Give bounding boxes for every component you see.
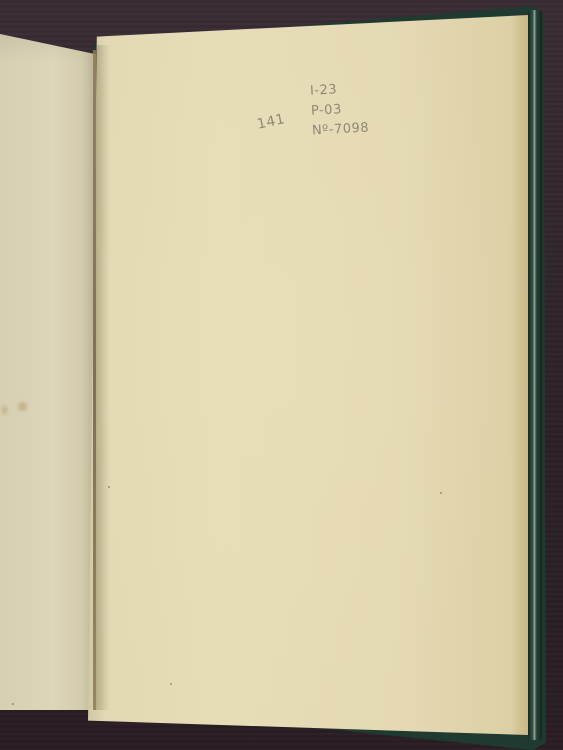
foxing-stain bbox=[2, 406, 7, 414]
pencil-shelf-mark-line1: I-23 bbox=[310, 82, 338, 98]
paper-fleck bbox=[108, 486, 110, 488]
gutter-shadow bbox=[96, 45, 110, 710]
paper-fleck bbox=[170, 683, 172, 685]
paper-fleck bbox=[12, 703, 14, 705]
pencil-shelf-mark-line2: P-03 bbox=[311, 102, 343, 119]
cover-edge-binding bbox=[528, 10, 542, 740]
right-page-endpaper bbox=[88, 15, 528, 735]
left-page bbox=[0, 34, 96, 710]
book-gutter bbox=[93, 50, 96, 710]
paper-fleck bbox=[440, 492, 442, 494]
pencil-shelf-mark-line3: Nº-7098 bbox=[312, 121, 370, 139]
foxing-stain bbox=[18, 402, 27, 411]
